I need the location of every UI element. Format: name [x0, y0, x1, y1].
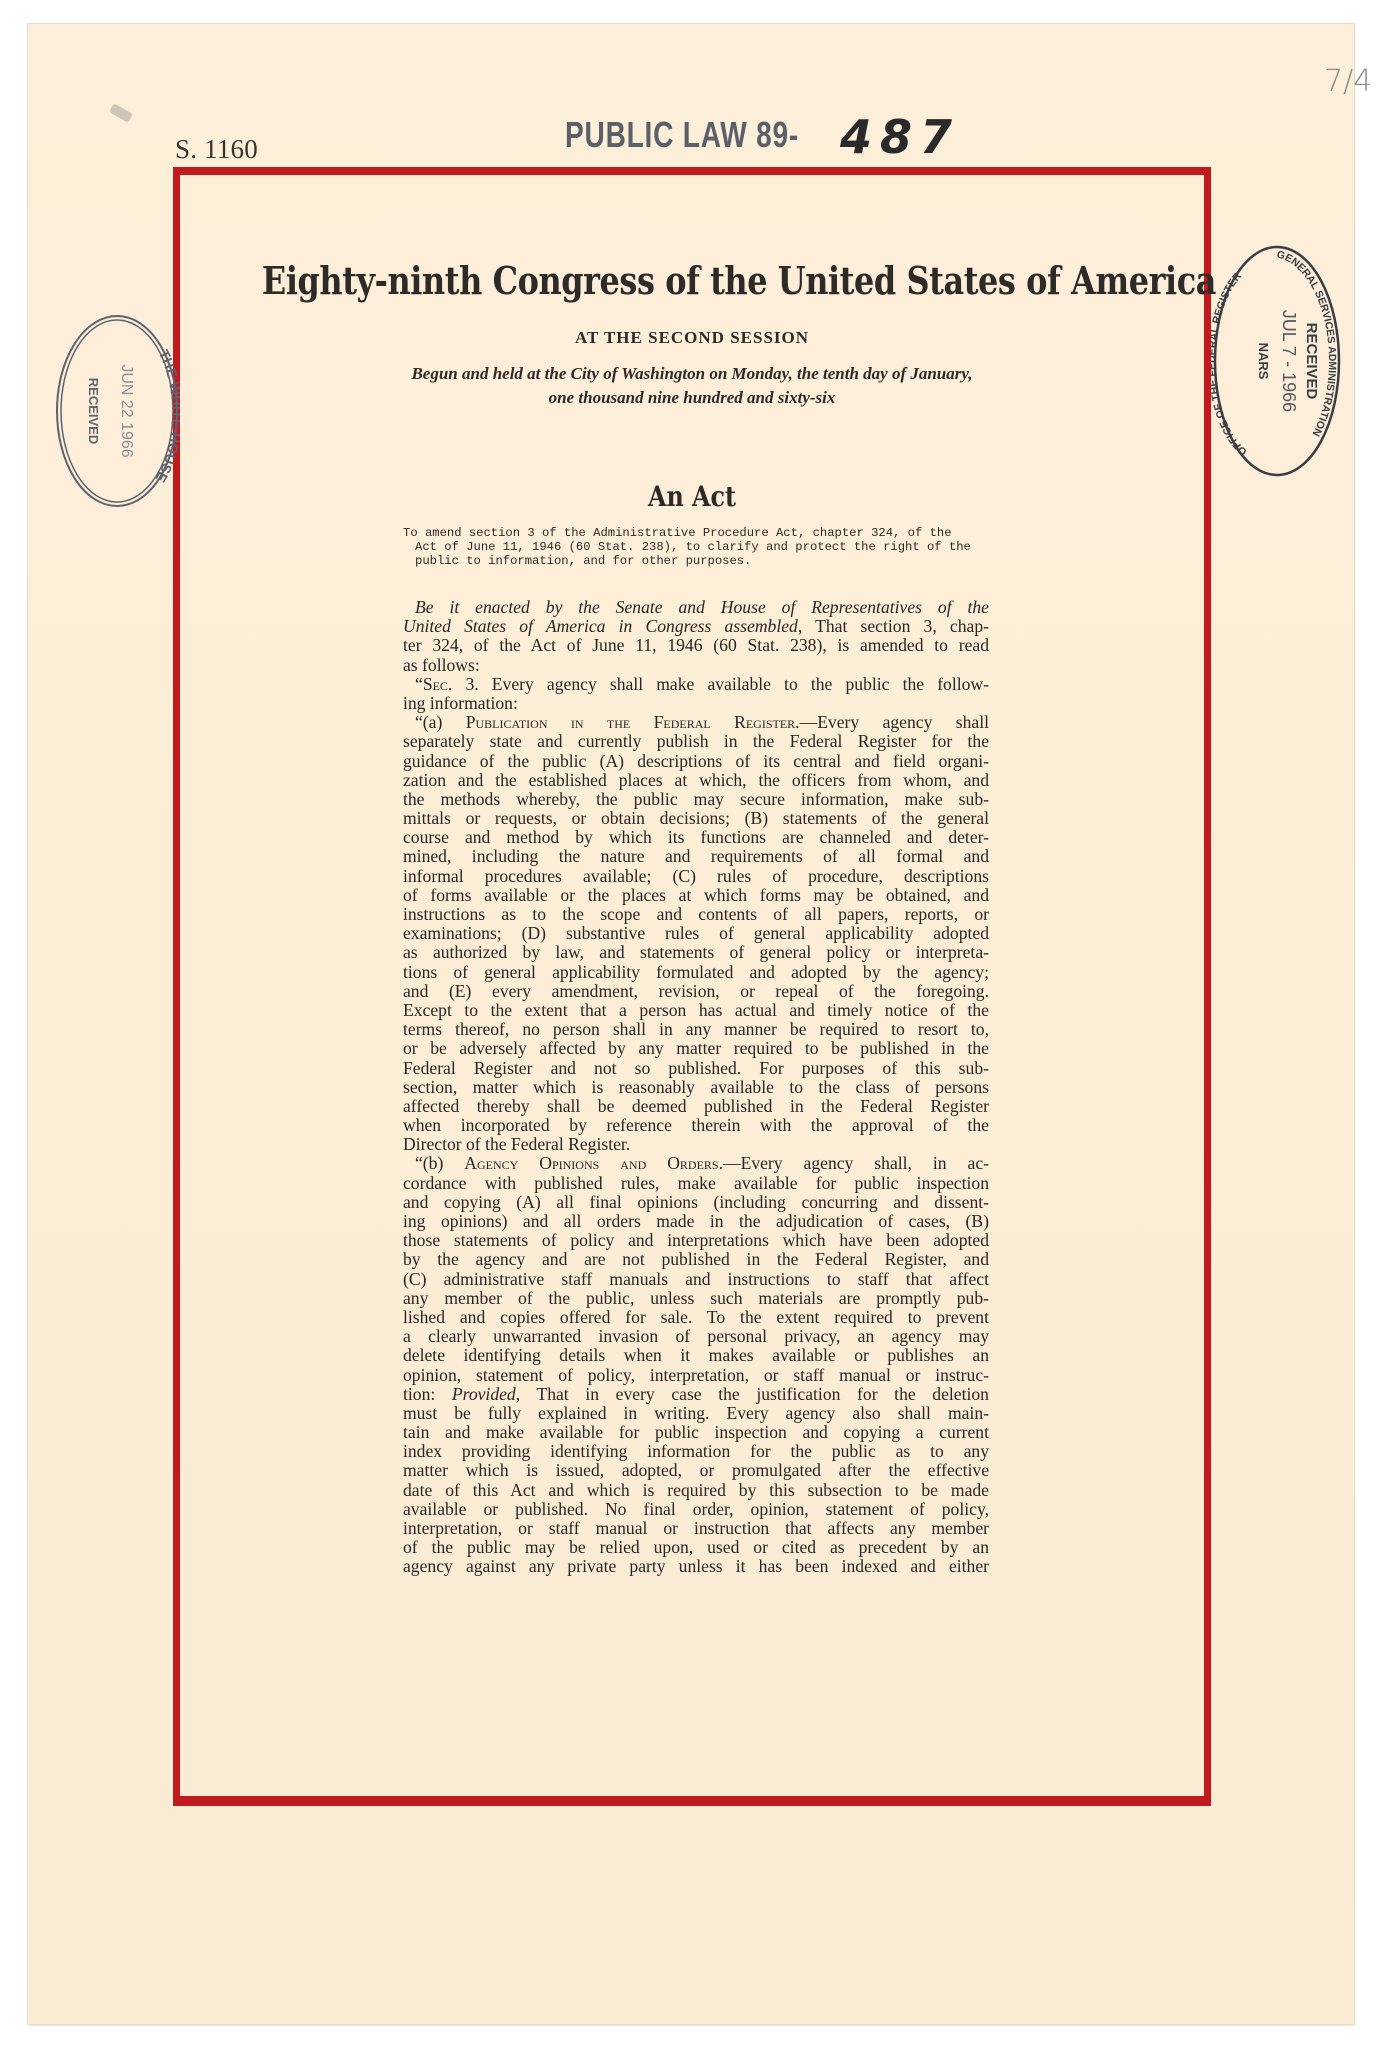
body-line: affected thereby shall be deemed publish… [403, 1097, 989, 1116]
body-line: Except to the extent that a person has a… [403, 1001, 989, 1020]
body-line: date of this Act and which is required b… [403, 1481, 989, 1500]
body-line: agency against any private party unless … [403, 1557, 989, 1576]
body-line: separately state and currently publish i… [403, 732, 989, 751]
body-line: instructions as to the scope and content… [403, 905, 989, 924]
public-law-stamp: PUBLIC LAW 89- [565, 114, 799, 156]
svg-text:NARS: NARS [1256, 343, 1271, 380]
body-line: by the agency and are not published in t… [403, 1250, 989, 1269]
enacting-clause-line: United States of America in Congress ass… [403, 617, 989, 636]
subsection-a-heading: “(a) Publication in the Federal Register… [403, 713, 989, 732]
body-line: mittals or requests, or obtain decisions… [403, 809, 989, 828]
body-line: delete identifying details when it makes… [403, 1346, 989, 1365]
body-line: section, matter which is reasonably avai… [403, 1078, 989, 1097]
body-line: a clearly unwarranted invasion of person… [403, 1327, 989, 1346]
body-line: (C) administrative staff manuals and ins… [403, 1270, 989, 1289]
svg-text:JUL 7 - 1966: JUL 7 - 1966 [1279, 310, 1299, 412]
body-line: tions of general applicability formulate… [403, 963, 989, 982]
svg-text:RECEIVED: RECEIVED [1303, 323, 1320, 400]
body-line: must be fully explained in writing. Ever… [403, 1404, 989, 1423]
body-line: opinion, statement of policy, interpreta… [403, 1366, 989, 1385]
begun-line-1: Begun and held at the City of Washington… [180, 364, 1204, 384]
body-line: ing opinions) and all orders made in the… [403, 1212, 989, 1231]
body-line: informal procedures available; (C) rules… [403, 867, 989, 886]
section-heading-line: “Sec. 3. Every agency shall make availab… [403, 675, 989, 694]
body-line: cordance with published rules, make avai… [403, 1174, 989, 1193]
provided-line: tion: Provided, That in every case the j… [403, 1385, 989, 1404]
body-line: of the public may be relied upon, used o… [403, 1538, 989, 1557]
body-line: or be adversely affected by any matter r… [403, 1039, 989, 1058]
body-line: terms thereof, no person shall in any ma… [403, 1020, 989, 1039]
federal-register-received-stamp: GENERAL SERVICES ADMINISTRATION OFFICE O… [1211, 243, 1341, 479]
body-line: tain and make available for public inspe… [403, 1423, 989, 1442]
body-line: zation and the established places at whi… [403, 771, 989, 790]
body-line: those statements of policy and interpret… [403, 1231, 989, 1250]
stamp-arc-text: THE WHITE HOUSE [153, 347, 180, 485]
oval-stamp-icon: THE WHITE HOUSE JUN 22 1966 RECEIVED [54, 313, 180, 510]
svg-text:THE WHITE HOUSE: THE WHITE HOUSE [153, 347, 180, 485]
subsection-b-text: cordance with published rules, make avai… [403, 1174, 989, 1385]
body-line: of forms available or the places at whic… [403, 886, 989, 905]
svg-text:JUN 22 1966: JUN 22 1966 [118, 364, 135, 457]
paper-smudge [109, 103, 133, 123]
body-line: guidance of the public (A) descriptions … [403, 752, 989, 771]
svg-text:RECEIVED: RECEIVED [86, 378, 101, 444]
purpose-line: To amend section 3 of the Administrative… [403, 526, 988, 540]
body-line: matter which is issued, adopted, or prom… [403, 1461, 989, 1480]
purpose-line: Act of June 11, 1946 (60 Stat. 238), to … [403, 540, 988, 554]
body-line: interpretation, or staff manual or instr… [403, 1519, 989, 1538]
svg-text:OFFICE OF THE FEDERAL REGISTER: OFFICE OF THE FEDERAL REGISTER [1211, 270, 1249, 458]
session-line: AT THE SECOND SESSION [180, 328, 1204, 348]
body-line: any member of the public, unless such ma… [403, 1289, 989, 1308]
body-line: lished and copies offered for sale. To t… [403, 1308, 989, 1327]
pencil-note: 7/4 [1324, 64, 1372, 99]
body-line: available or published. No final order, … [403, 1500, 989, 1519]
body-line: and copying (A) all final opinions (incl… [403, 1193, 989, 1212]
subsection-a-text: separately state and currently publish i… [403, 732, 989, 1154]
oval-stamp-icon: GENERAL SERVICES ADMINISTRATION OFFICE O… [1211, 243, 1341, 479]
body-line: Director of the Federal Register. [403, 1135, 989, 1154]
body-line: when incorporated by reference therein w… [403, 1116, 989, 1135]
subsection-b-text-continued: must be fully explained in writing. Ever… [403, 1404, 989, 1577]
purpose-line: public to information, and for other pur… [403, 554, 988, 568]
body-line: examinations; (D) substantive rules of g… [403, 924, 989, 943]
act-heading: An Act [257, 480, 1127, 513]
body-line: course and method by which its functions… [403, 828, 989, 847]
act-body: Be it enacted by the Senate and House of… [403, 598, 989, 1577]
body-line: as follows: [403, 656, 989, 675]
begun-line-2: one thousand nine hundred and sixty-six [180, 388, 1204, 408]
white-house-received-stamp: THE WHITE HOUSE JUN 22 1966 RECEIVED [54, 313, 180, 510]
body-line: Federal Register and not so published. F… [403, 1059, 989, 1078]
public-law-number-handwritten: 487 [840, 110, 960, 164]
congress-title: Eighty-ninth Congress of the United Stat… [262, 258, 1122, 303]
body-line: as authorized by law, and statements of … [403, 943, 989, 962]
body-line: index providing identifying information … [403, 1442, 989, 1461]
body-line: ter 324, of the Act of June 11, 1946 (60… [403, 636, 989, 655]
body-line: the methods whereby, the public may secu… [403, 790, 989, 809]
bill-number: S. 1160 [175, 134, 258, 165]
body-line: mined, including the nature and requirem… [403, 847, 989, 866]
enacting-clause-line: Be it enacted by the Senate and House of… [403, 598, 989, 617]
body-line: ing information: [403, 694, 989, 713]
body-line: and (E) every amendment, revision, or re… [403, 982, 989, 1001]
subsection-b-heading: “(b) Agency Opinions and Orders.—Every a… [403, 1154, 989, 1173]
act-purpose: To amend section 3 of the Administrative… [403, 526, 988, 568]
